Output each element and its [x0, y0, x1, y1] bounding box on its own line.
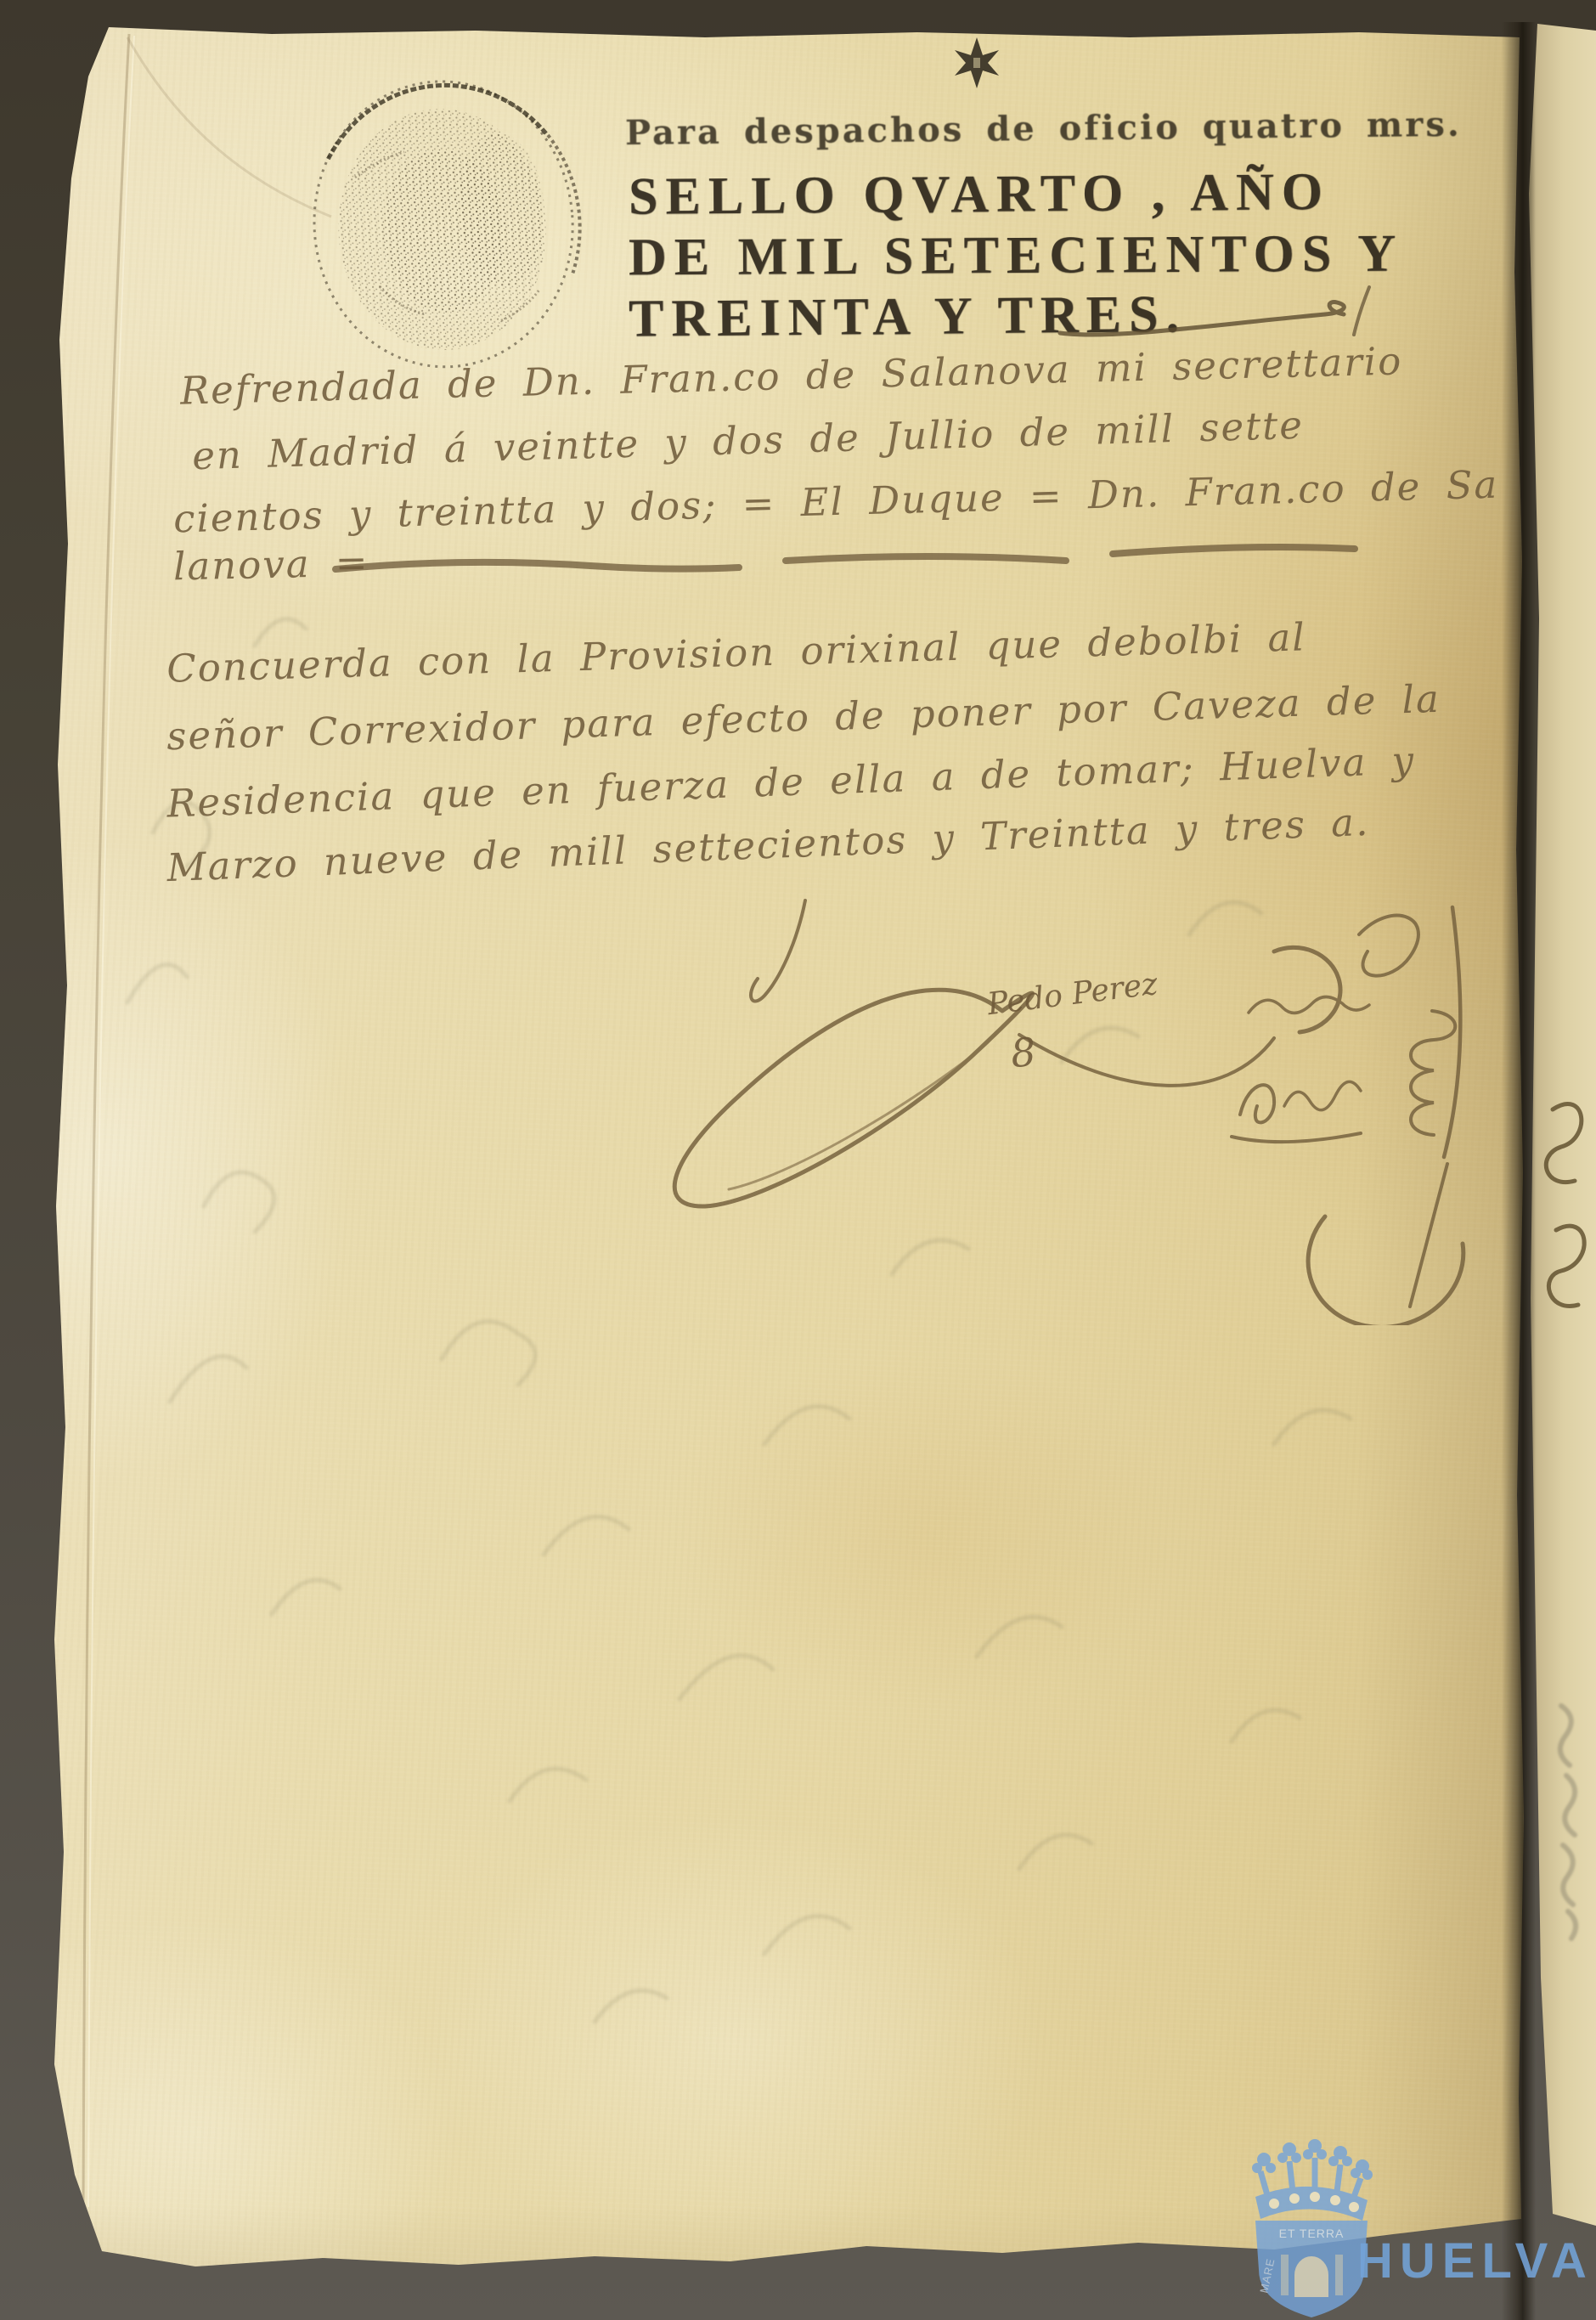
page-gap-shadow — [1502, 22, 1536, 2320]
watermark-text: HUELVA — [1357, 2233, 1593, 2289]
main-page: Para despachos de oficio quatro mrs. SEL… — [0, 0, 1596, 2320]
bleedthrough-icon — [0, 0, 1596, 2320]
watermark-shield-top-text: ET TERRA — [1279, 2227, 1345, 2240]
watermark-crest-icon: ET TERRA MARE — [1230, 2119, 1391, 2320]
crown — [1252, 2139, 1373, 2221]
archive-scan: Para despachos de oficio quatro mrs. SEL… — [0, 0, 1596, 2320]
